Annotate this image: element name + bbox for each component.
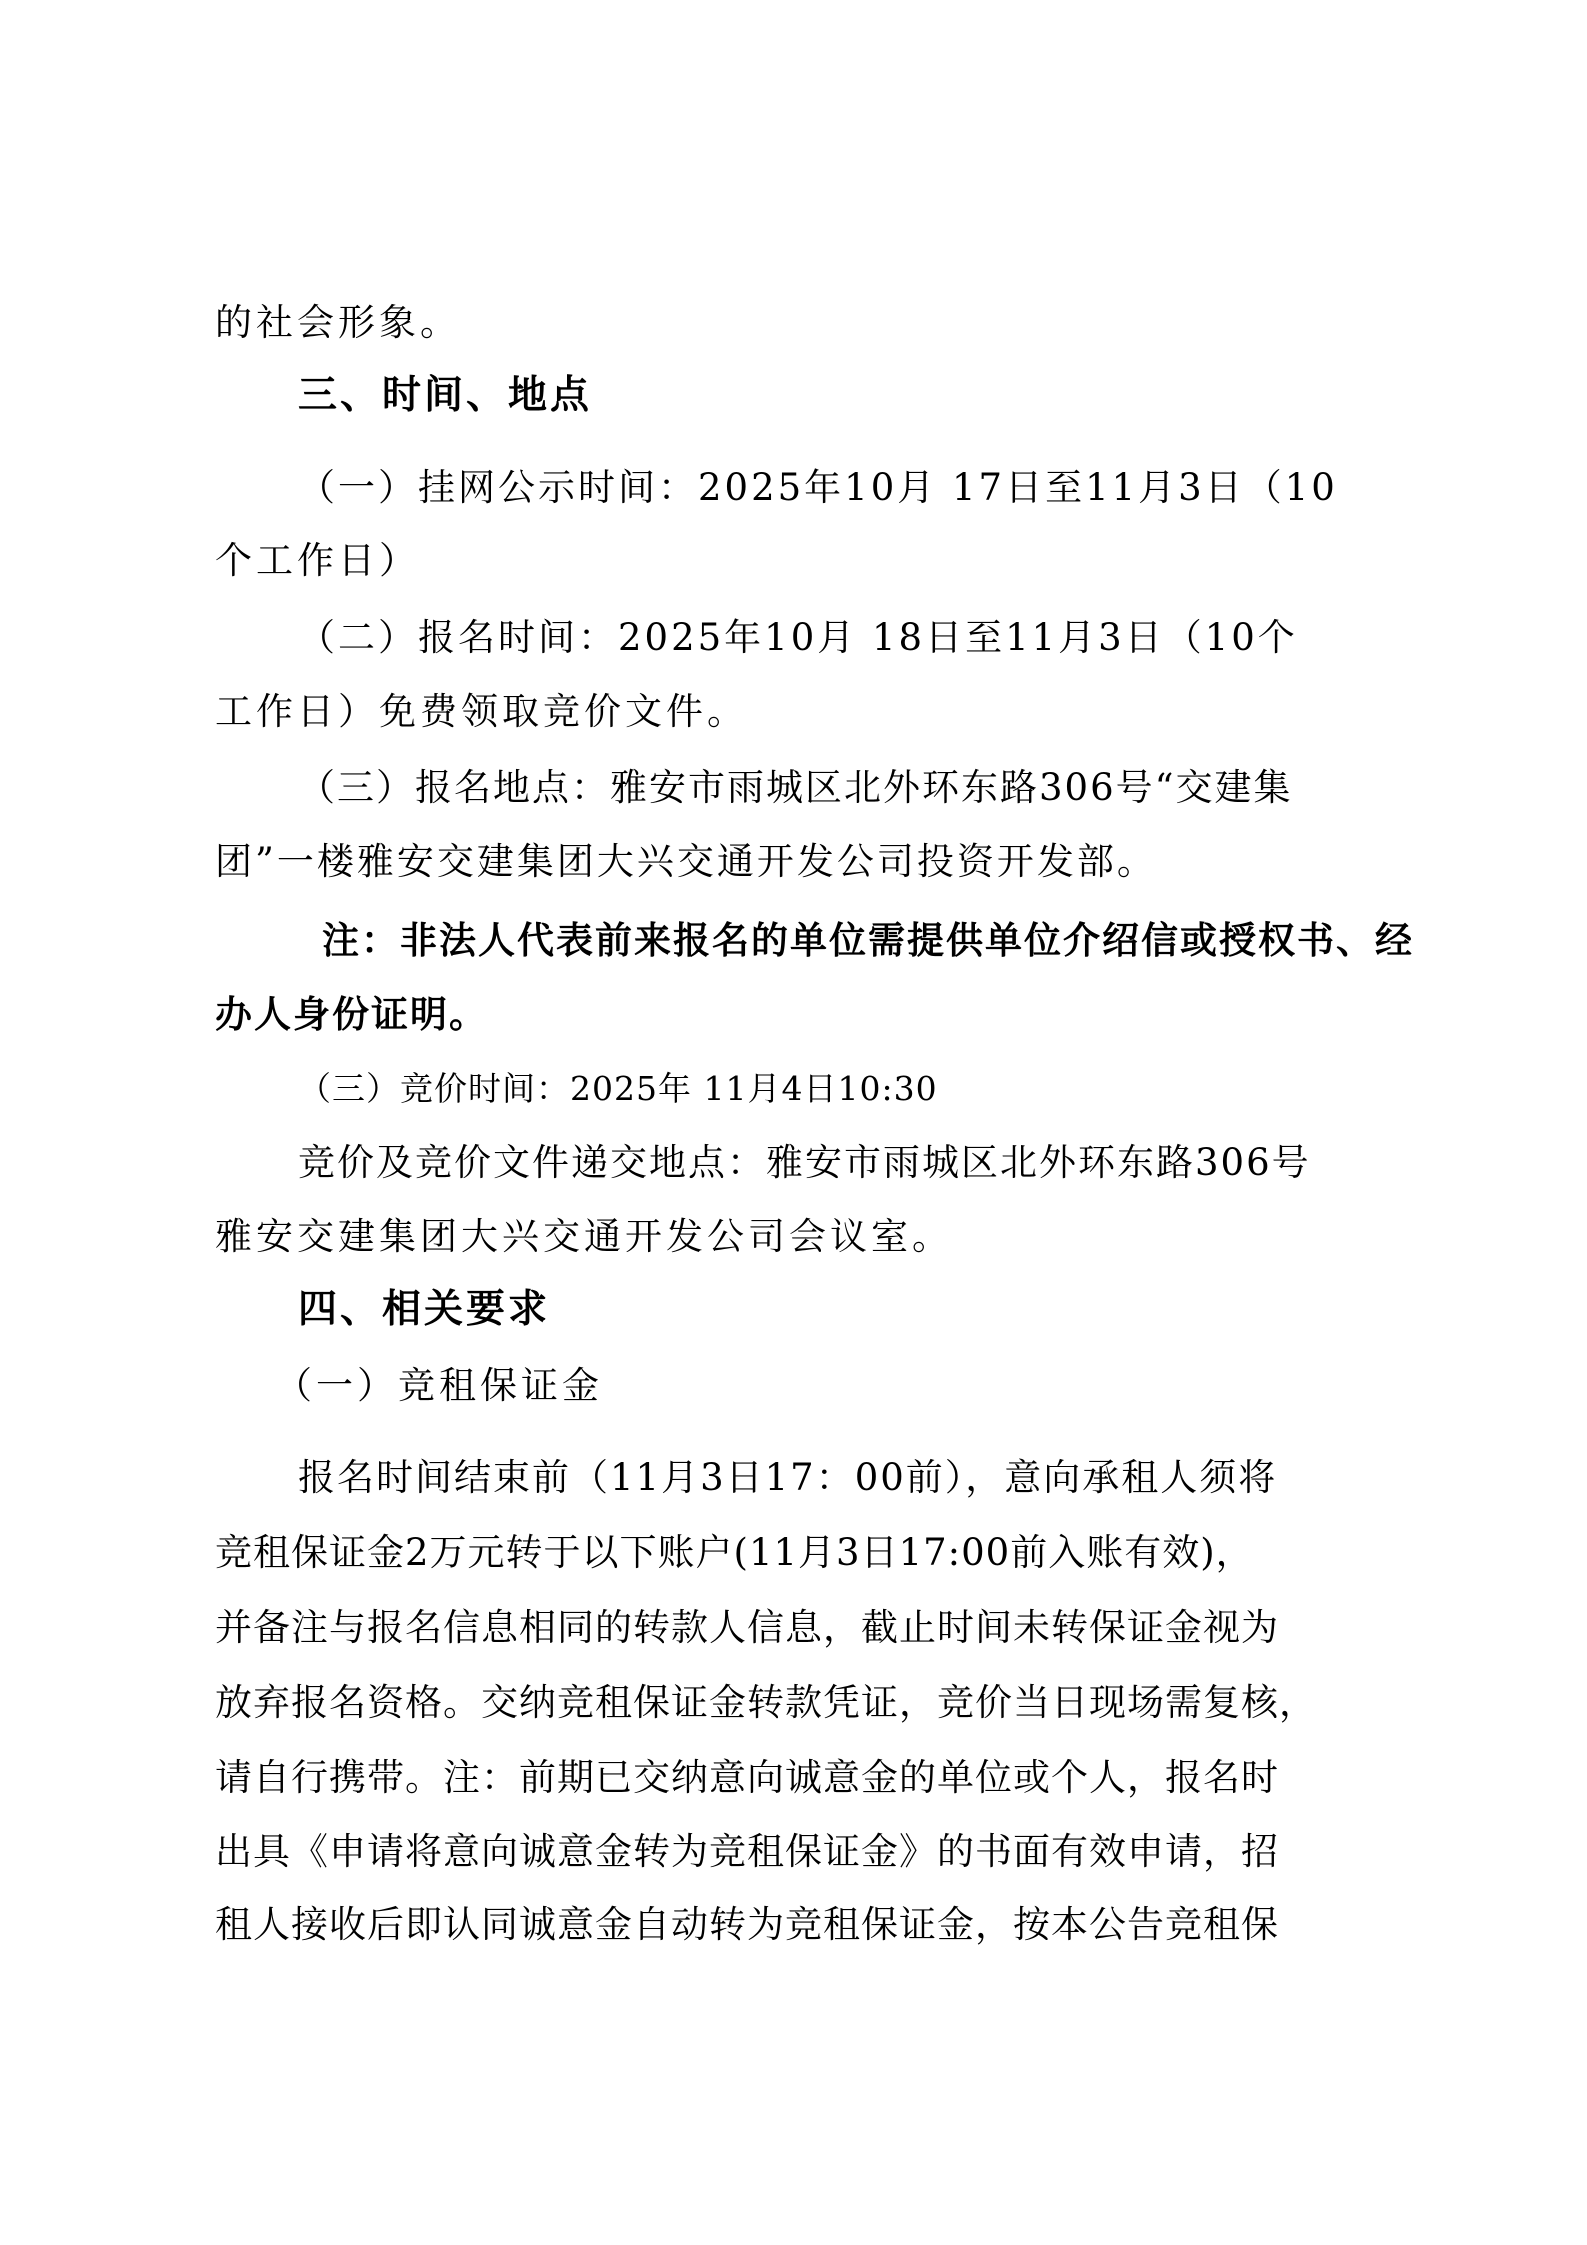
- paragraph-line: 团”一楼雅安交建集团大兴交通开发公司投资开发部。: [215, 838, 1157, 886]
- subsection-heading-deposit: （一）竞租保证金: [275, 1362, 603, 1410]
- bidding-time-line: （三）竞价时间：2025年 11月4日10:30: [298, 1065, 938, 1113]
- paragraph-line: 报名时间结束前（11月3日17：00前），意向承租人须将: [298, 1454, 1277, 1502]
- paragraph-line: 工作日）免费领取竞价文件。: [215, 688, 748, 736]
- paragraph-line: 个工作日）: [215, 537, 420, 585]
- bidding-location-line: 竞价及竞价文件递交地点：雅安市雨城区北外环东路306号: [298, 1139, 1311, 1187]
- note-line: 办人身份证明。: [215, 990, 488, 1038]
- paragraph-line: 租人接收后即认同诚意金自动转为竞租保证金，按本公告竞租保: [215, 1901, 1279, 1949]
- registration-period-line: （二）报名时间：2025年10月 18日至11月3日（10个: [298, 614, 1298, 662]
- paragraph-line: 雅安交建集团大兴交通开发公司会议室。: [215, 1213, 953, 1261]
- paragraph-line: 放弃报名资格。交纳竞租保证金转款凭证，竞价当日现场需复核，: [215, 1679, 1317, 1727]
- paragraph-line: 并备注与报名信息相同的转款人信息，截止时间未转保证金视为: [215, 1604, 1279, 1652]
- section-heading-time-location: 三、时间、地点: [298, 372, 592, 420]
- registration-location-line: （三）报名地点：雅安市雨城区北外环东路306号“交建集: [298, 764, 1293, 812]
- section-heading-requirements: 四、相关要求: [298, 1286, 550, 1334]
- paragraph-line: 竞租保证金2万元转于以下账户(11月3日17:00前入账有效)，: [215, 1529, 1254, 1577]
- paragraph-line: 请自行携带。注：前期已交纳意向诚意金的单位或个人，报名时: [215, 1754, 1279, 1802]
- document-page: 的社会形象。 三、时间、地点 （一）挂网公示时间：2025年10月 17日至11…: [0, 0, 1587, 2245]
- paragraph-line: 出具《申请将意向诚意金转为竞租保证金》的书面有效申请，招: [215, 1828, 1279, 1876]
- paragraph-line: 的社会形象。: [215, 299, 461, 347]
- note-line: 注：非法人代表前来报名的单位需提供单位介绍信或授权书、经: [322, 916, 1414, 964]
- publicity-period-line: （一）挂网公示时间：2025年10月 17日至11月3日（10: [298, 464, 1338, 512]
